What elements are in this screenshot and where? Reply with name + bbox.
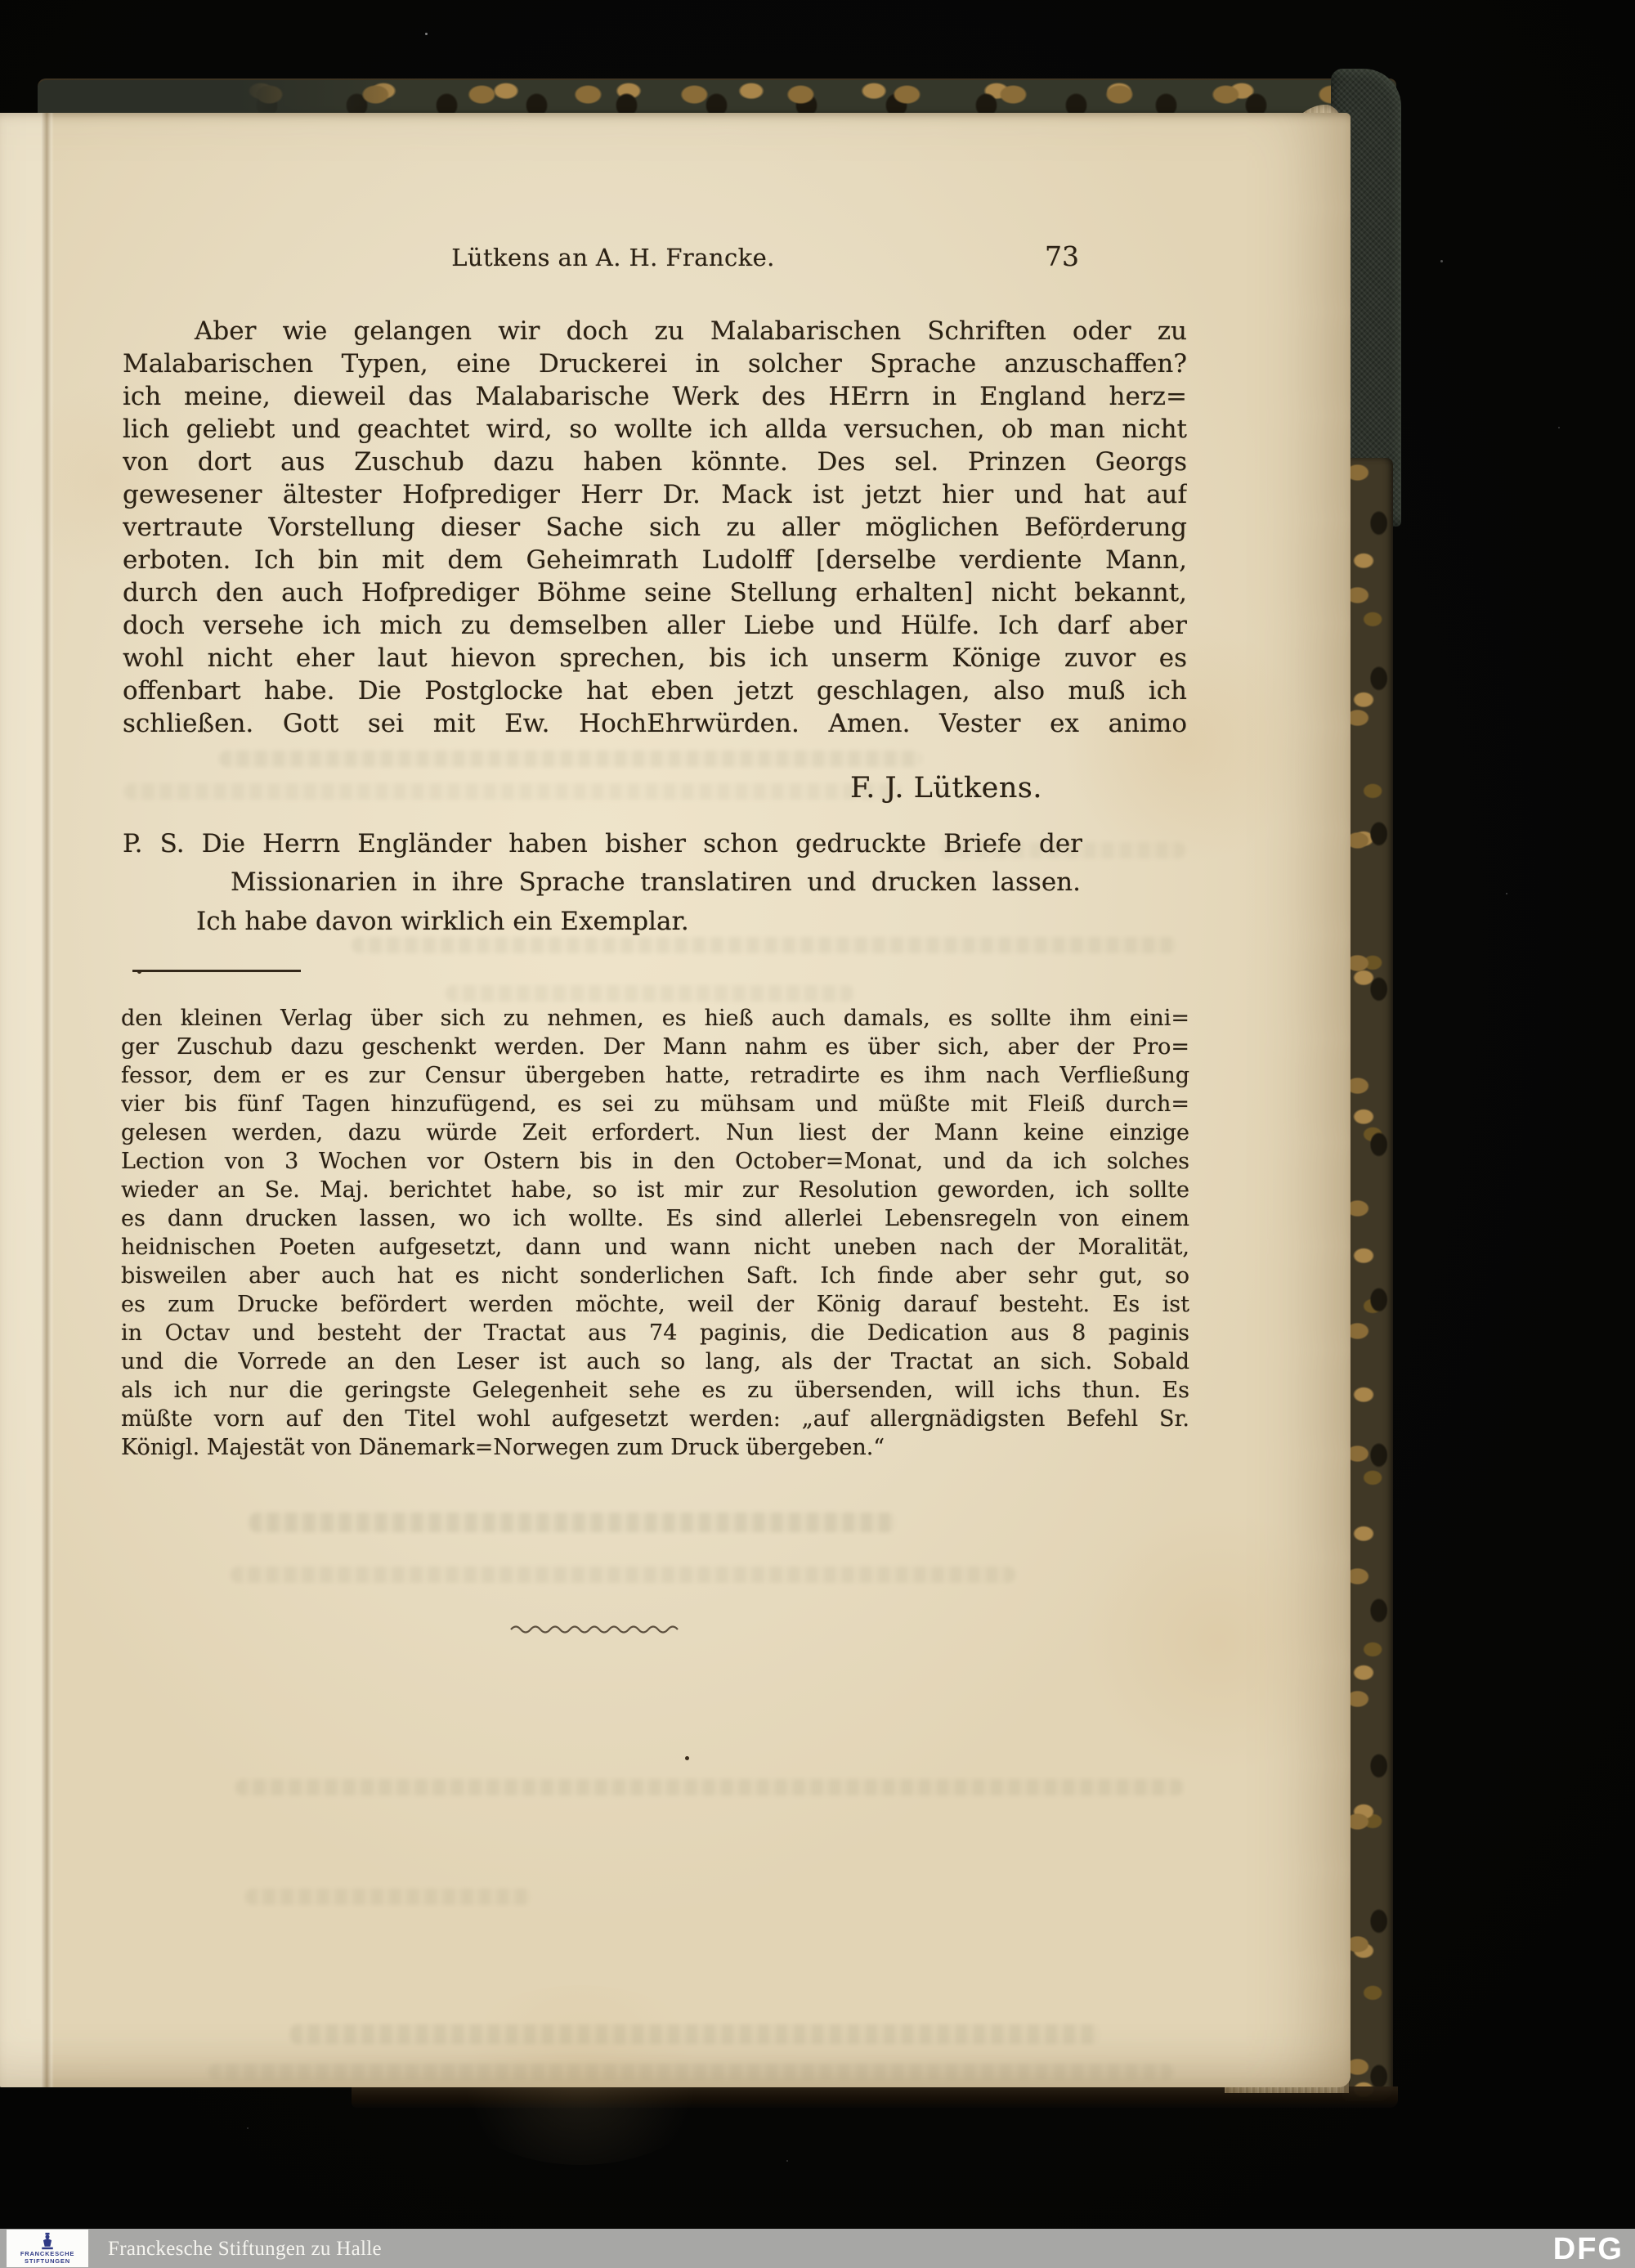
text-line: durch den auch Hofprediger Böhme seine S…: [123, 576, 1187, 609]
postscript-line: Ich habe davon wirklich ein Exemplar.: [196, 905, 689, 938]
text-line: es dann drucken lassen, wo ich wollte. E…: [121, 1204, 1189, 1233]
letter-signature: F. J. Lütkens.: [572, 772, 1042, 805]
dust-speck: [425, 33, 428, 35]
bleedthrough-text: [208, 2064, 1173, 2080]
footnote-separator-rule: [132, 970, 301, 972]
text-line: heidnischen Poeten aufgesetzt, dann und …: [121, 1233, 1189, 1262]
dust-speck: [786, 2160, 788, 2162]
postscript-line: P. S. Die Herrn Engländer haben bisher s…: [123, 827, 1082, 862]
text-line: doch versehe ich mich zu demselben aller…: [123, 609, 1187, 642]
running-header: Lütkens an A. H. Francke.: [123, 244, 1104, 271]
statue-emblem-icon: [38, 2232, 56, 2250]
bleedthrough-heading: [290, 2024, 1100, 2044]
text-line: Malabarischen Typen, eine Druckerei in s…: [123, 347, 1187, 380]
text-line: von dort aus Zuschub dazu haben könnte. …: [123, 446, 1187, 478]
text-line: als ich nur die geringste Gelegenheit se…: [121, 1376, 1189, 1405]
franckesche-stiftungen-logo: FRANCKESCHE STIFTUNGEN: [7, 2230, 88, 2267]
paper-stain: [1087, 1503, 1349, 1781]
bleedthrough-text: [446, 985, 854, 1002]
text-line: ger Zuschub dazu geschenkt werden. Der M…: [121, 1033, 1189, 1061]
bleedthrough-text: [245, 1889, 531, 1905]
text-line: offenbart habe. Die Postglocke hat eben …: [123, 675, 1187, 707]
scanned-book-viewer: Lütkens an A. H. Francke. 73 Aber wie ge…: [0, 0, 1635, 2268]
dust-speck: [1506, 893, 1507, 894]
bleedthrough-heading: [249, 1513, 895, 1532]
text-line: es zum Drucke befördert werden möchte, w…: [121, 1290, 1189, 1319]
text-line: vier bis fünf Tagen hinzufügend, es sei …: [121, 1090, 1189, 1118]
text-line: fessor, dem er es zur Censur übergeben h…: [121, 1061, 1189, 1090]
dust-speck: [1558, 427, 1560, 428]
bleedthrough-text: [219, 751, 922, 767]
section-divider-squiggle: [509, 1624, 683, 1635]
text-line: wieder an Se. Maj. berichtet habe, so is…: [121, 1176, 1189, 1204]
footnote-text: den kleinen Verlag über sich zu nehmen, …: [121, 1004, 1189, 1462]
text-line: wohl nicht eher laut hievon sprechen, bi…: [123, 642, 1187, 675]
logo-text-line: FRANCKESCHE: [20, 2251, 74, 2257]
dfg-logo: DFG: [1553, 2230, 1624, 2268]
text-line: in Octav und besteht der Tractat aus 74 …: [121, 1319, 1189, 1347]
text-line: müßte vorn auf den Titel wohl aufgesetzt…: [121, 1405, 1189, 1433]
text-line: den kleinen Verlag über sich zu nehmen, …: [121, 1004, 1189, 1033]
viewer-footer-bar: FRANCKESCHE STIFTUNGEN Franckesche Stift…: [0, 2229, 1635, 2268]
text-line: vertraute Vorstellung dieser Sache sich …: [123, 511, 1187, 544]
dust-speck: [1440, 260, 1443, 262]
book-cover-top-edge: [38, 80, 1396, 116]
text-line: gelesen werden, dazu würde Zeit erforder…: [121, 1118, 1189, 1147]
postscript-line: Missionarien in ihre Sprache translatire…: [231, 866, 1081, 900]
text-line: Aber wie gelangen wir doch zu Malabarisc…: [123, 315, 1187, 347]
text-line: erboten. Ich bin mit dem Geheimrath Ludo…: [123, 544, 1187, 576]
text-line: schließen. Gott sei mit Ew. HochEhrwürde…: [123, 707, 1187, 740]
dust-speck: [247, 2127, 249, 2129]
page-number: 73: [1045, 240, 1079, 272]
text-line: Lection von 3 Wochen vor Ostern bis in d…: [121, 1147, 1189, 1176]
bleedthrough-text: [231, 1567, 1015, 1583]
bleedthrough-text: [235, 1779, 1184, 1795]
logo-text-line: STIFTUNGEN: [25, 2258, 70, 2265]
institution-label: Franckesche Stiftungen zu Halle: [108, 2229, 382, 2268]
letter-body: Aber wie gelangen wir doch zu Malabarisc…: [123, 315, 1187, 740]
bleedthrough-text: [352, 937, 1177, 953]
text-line: lich geliebt und geachtet wird, so wollt…: [123, 413, 1187, 446]
text-line: ich meine, dieweil das Malabarische Werk…: [123, 380, 1187, 413]
text-line: bisweilen aber auch hat es nicht sonderl…: [121, 1262, 1189, 1290]
text-line: gewesener ältester Hofprediger Herr Dr. …: [123, 478, 1187, 511]
ink-speck: [685, 1756, 689, 1760]
text-line: Königl. Majestät von Dänemark=Norwegen z…: [121, 1433, 1189, 1462]
text-line: und die Vorrede an den Leser ist auch so…: [121, 1347, 1189, 1376]
